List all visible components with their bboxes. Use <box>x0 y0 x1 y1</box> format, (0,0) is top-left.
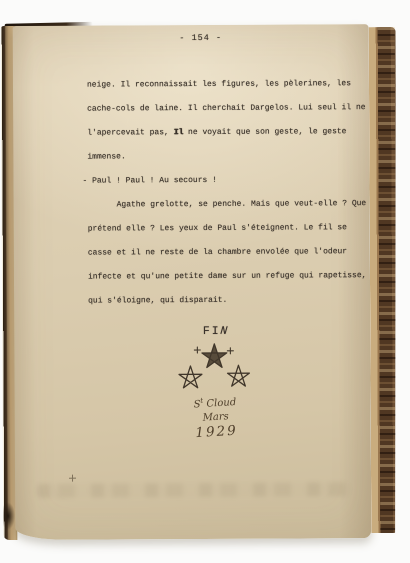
fin-label: FIN <box>175 325 257 338</box>
book: - 154 - neige. Il reconnaissait les figu… <box>1 21 400 544</box>
outline-star-right-icon <box>228 365 250 386</box>
outline-star-left-icon <box>179 366 202 388</box>
page-number: - 154 - <box>153 33 249 44</box>
place-superscript: t <box>200 397 203 405</box>
overstruck-word: Il <box>174 128 184 137</box>
typed-line: infecte et qu'une petite dame sur un ref… <box>88 264 376 290</box>
handwritten-colophon: St Cloud Mars 1929 <box>153 389 278 444</box>
sparkle-icon <box>227 348 233 354</box>
typed-line: cache-cols de laine. Il cherchait Dargel… <box>87 96 375 122</box>
book-page-photo: - 154 - neige. Il reconnaissait les figu… <box>0 0 410 563</box>
typed-line: qui s'éloigne, qui disparait. <box>88 288 376 314</box>
typed-line: prétend elle ? Les yeux de Paul s'éteign… <box>88 216 376 242</box>
typed-line-segment: ne voyait que son geste, le geste <box>183 127 346 137</box>
filled-star-icon <box>202 344 227 368</box>
typed-line-dialogue: - Paul ! Paul ! Au secours ! <box>82 168 375 194</box>
spine-ink-mark <box>3 502 15 530</box>
typed-line: neige. Il reconnaissait les figures, les… <box>87 72 375 98</box>
typed-line: immense. <box>87 144 375 170</box>
book-fore-edge <box>369 27 399 533</box>
fin-letter-slanted: N <box>219 325 232 338</box>
sparkle-icon <box>194 347 200 353</box>
typed-line: casse et il ne reste de la chambre envol… <box>88 240 376 266</box>
show-through-text <box>37 482 351 498</box>
ink-speck <box>69 475 76 482</box>
typed-text-block: neige. Il reconnaissait les figures, les… <box>87 72 376 314</box>
typed-line-paragraph-start: Agathe grelotte, se penche. Mais que veu… <box>88 192 376 218</box>
typed-line-segment: l'apercevait pas, <box>87 128 173 137</box>
place-name: Cloud <box>206 397 236 410</box>
page-stack-texture <box>378 27 398 533</box>
star-doodles <box>150 338 280 399</box>
typed-line-with-overstrike: l'apercevait pas, Il ne voyait que son g… <box>87 120 375 146</box>
manuscript-page: - 154 - neige. Il reconnaissait les figu… <box>13 24 372 540</box>
